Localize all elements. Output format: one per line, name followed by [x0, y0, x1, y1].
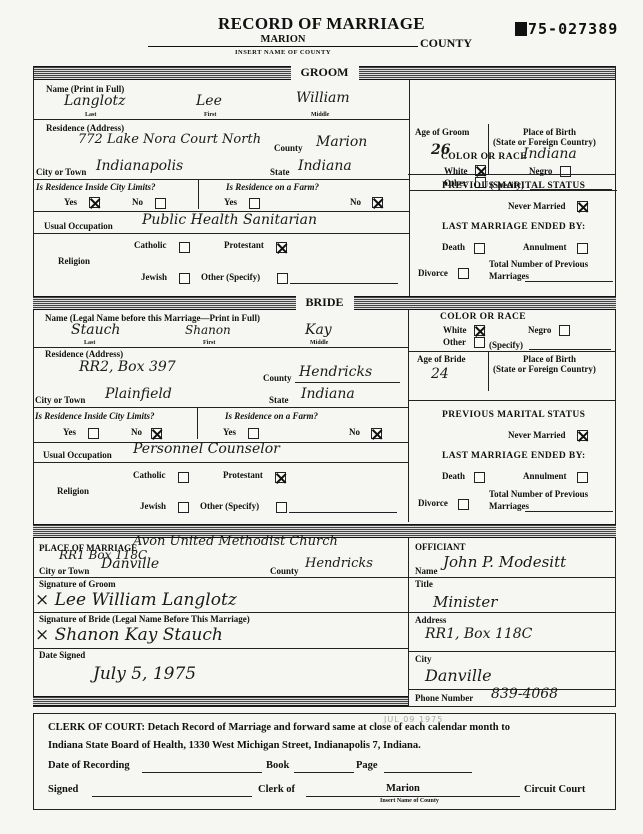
stamp-mark-icon [515, 22, 527, 36]
book-label: Book [266, 760, 289, 771]
signed-label: Signed [48, 784, 78, 795]
groom-other-religion-checkbox[interactable] [277, 273, 288, 284]
last-label: Last [85, 112, 96, 118]
groom-race-heading: COLOR OR RACE [441, 152, 527, 162]
groom-state: Indiana [298, 158, 352, 174]
groom-other-religion-field[interactable] [290, 283, 398, 284]
groom-county: Marion [316, 134, 367, 150]
groom-county-label: County [272, 143, 303, 153]
groom-farm-label: Is Residence on a Farm? [226, 182, 319, 192]
clerk-signed-field[interactable] [92, 796, 252, 797]
date-of-recording-field[interactable] [142, 772, 262, 773]
clerk-of-label: Clerk of [258, 784, 295, 795]
groom-protestant-checkbox[interactable] [276, 242, 287, 253]
clerk-county-hint: Insert Name of County [380, 798, 439, 804]
groom-occupation: Public Health Sanitarian [142, 212, 317, 228]
groom-jewish-checkbox[interactable] [179, 273, 190, 284]
clerk-of-court-box: JUL 09 1975 CLERK OF COURT: Detach Recor… [33, 713, 616, 810]
groom-race-other-checkbox[interactable] [475, 177, 486, 188]
clerk-county: Marion [386, 783, 420, 794]
groom-occupation-label: Usual Occupation [44, 221, 113, 231]
county-value: MARION [148, 35, 418, 47]
page-label: Page [356, 760, 378, 771]
groom-race-negro-checkbox[interactable] [560, 166, 571, 177]
book-field[interactable] [294, 772, 354, 773]
groom-section-header: GROOM [34, 66, 615, 80]
groom-middle-name: William [296, 90, 350, 106]
clerk-instructions-line-1: CLERK OF COURT: Detach Record of Marriag… [48, 722, 510, 733]
column-divider [409, 80, 410, 296]
groom-farm-no-checkbox[interactable] [372, 197, 383, 208]
marriage-form: GROOM Name (Print in Full) Langlotz Lee … [33, 66, 616, 706]
page-field[interactable] [384, 772, 472, 773]
middle-label: Middle [311, 112, 329, 118]
county-label: COUNTY [420, 36, 472, 51]
groom-residence: 772 Lake Nora Court North [78, 132, 261, 147]
record-number: 75-027389 [515, 20, 618, 38]
groom-first-name: Lee [196, 93, 222, 109]
groom-religion-label: Religion [58, 256, 90, 266]
first-label: First [204, 112, 216, 118]
groom-inside-city-yes-checkbox[interactable] [89, 197, 100, 208]
groom-city-label: City or Town [36, 167, 86, 177]
circuit-court-label: Circuit Court [524, 784, 585, 795]
groom-state-label: State [270, 167, 290, 177]
groom-inside-city-no-checkbox[interactable] [155, 198, 166, 209]
groom-last-name: Langlotz [64, 93, 126, 109]
county-hint: INSERT NAME OF COUNTY [148, 49, 418, 56]
date-of-recording-label: Date of Recording [48, 760, 130, 771]
groom-catholic-checkbox[interactable] [179, 242, 190, 253]
groom-city: Indianapolis [96, 158, 183, 174]
groom-inside-city-label: Is Residence Inside City Limits? [36, 182, 156, 192]
groom-race-white-checkbox[interactable] [475, 165, 486, 176]
groom-farm-yes-checkbox[interactable] [249, 198, 260, 209]
clerk-instructions-line-2: Indiana State Board of Health, 1330 West… [48, 740, 421, 751]
